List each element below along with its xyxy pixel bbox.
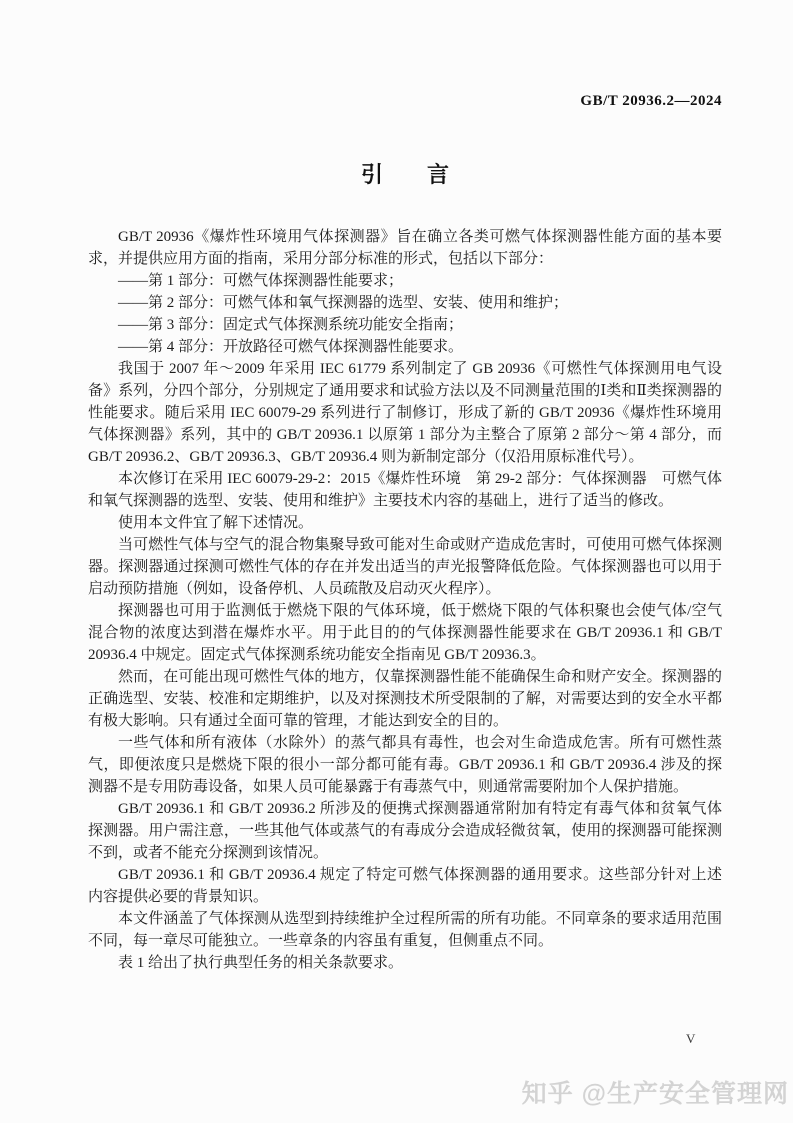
paragraph-scope: 本文件涵盖了气体探测从选型到持续维护全过程所需的所有功能。不同章条的要求适用范围… — [88, 908, 722, 952]
paragraph-monitoring: 探测器也可用于监测低于燃烧下限的气体环境，低于燃烧下限的气体积聚也会使气体/空气… — [88, 600, 722, 666]
document-page: GB/T 20936.2—2024 引 言 GB/T 20936《爆炸性环境用气… — [0, 0, 793, 1123]
list-item-part-2: ——第 2 部分：可燃气体和氧气探测器的选型、安装、使用和维护； — [88, 292, 722, 314]
paragraph-toxicity: 一些气体和所有液体（水除外）的蒸气都具有毒性，也会对生命造成危害。所有可燃性蒸气… — [88, 732, 722, 798]
page-number: V — [686, 1031, 695, 1047]
paragraph-portable: GB/T 20936.1 和 GB/T 20936.2 所涉及的便携式探测器通常… — [88, 798, 722, 864]
standard-number: GB/T 20936.2—2024 — [580, 93, 722, 110]
paragraph-management: 然而，在可能出现可燃性气体的地方，仅靠探测器性能不能确保生命和财产安全。探测器的… — [88, 666, 722, 732]
paragraph-general-req: GB/T 20936.1 和 GB/T 20936.4 规定了特定可燃气体探测器… — [88, 864, 722, 908]
paragraph-usage: 当可燃性气体与空气的混合物集聚导致可能对生命或财产造成危害时，可使用可燃气体探测… — [88, 534, 722, 600]
paragraph-table-ref: 表 1 给出了执行典型任务的相关条款要求。 — [88, 952, 722, 974]
paragraph-history: 我国于 2007 年～2009 年采用 IEC 61779 系列制定了 GB 2… — [88, 358, 722, 468]
paragraph-revision: 本次修订在采用 IEC 60079-29-2：2015《爆炸性环境 第 29-2… — [88, 468, 722, 512]
watermark-text: 知乎 @生产安全管理网 — [522, 1074, 789, 1110]
list-item-part-4: ——第 4 部分：开放路径可燃气体探测器性能要求。 — [88, 336, 722, 358]
document-body: GB/T 20936《爆炸性环境用气体探测器》旨在确立各类可燃气体探测器性能方面… — [88, 226, 722, 974]
list-item-part-3: ——第 3 部分：固定式气体探测系统功能安全指南； — [88, 314, 722, 336]
paragraph-intro: GB/T 20936《爆炸性环境用气体探测器》旨在确立各类可燃气体探测器性能方面… — [88, 226, 722, 270]
page-title: 引 言 — [88, 158, 722, 189]
paragraph-note: 使用本文件宜了解下述情况。 — [88, 512, 722, 534]
list-item-part-1: ——第 1 部分：可燃气体探测器性能要求； — [88, 270, 722, 292]
